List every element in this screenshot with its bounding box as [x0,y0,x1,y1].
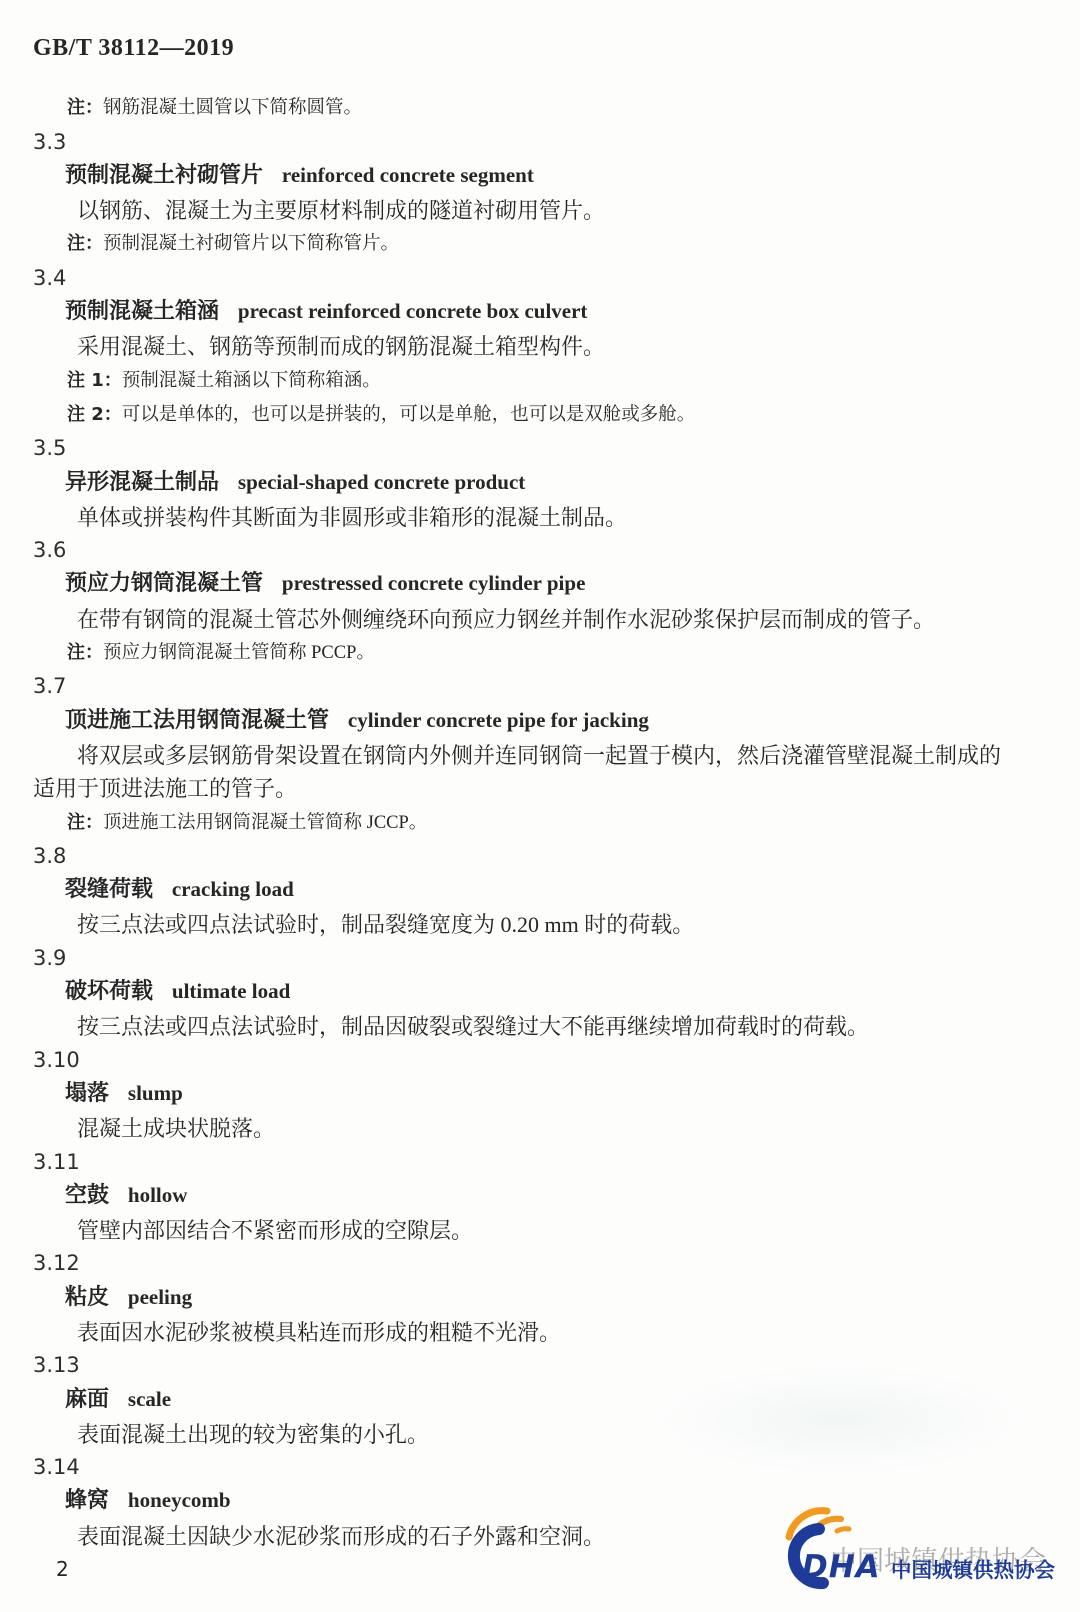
term-line: 裂缝荷载cracking load [33,873,1020,908]
term-line: 预制混凝土箱涵precast reinforced concrete box c… [33,295,1020,330]
section-3-5: 3.5 异形混凝土制品special-shaped concrete produ… [33,432,1020,534]
term-english: scale [128,1387,171,1411]
term-line: 预制混凝土衬砌管片reinforced concrete segment [33,159,1020,194]
section-3-3: 3.3 预制混凝土衬砌管片reinforced concrete segment… [33,126,1020,262]
term-chinese: 预应力钢筒混凝土管 [65,571,263,596]
term-chinese: 异形混凝土制品 [65,470,219,495]
note-text: 钢筋混凝土圆管以下简称圆管。 [103,98,362,118]
definition: 将双层或多层钢筋骨架设置在钢筒内外侧并连同钢筒一起置于模内，然后浇灌管壁混凝土制… [33,739,1020,806]
term-line: 塌落slump [33,1077,1020,1112]
term-english: peeling [128,1285,192,1309]
note-text: 可以是单体的，也可以是拼装的，可以是单舱，也可以是双舱或多舱。 [122,405,696,425]
section-number: 3.6 [33,534,1020,567]
term-line: 预应力钢筒混凝土管prestressed concrete cylinder p… [33,567,1020,602]
note: 注：预制混凝土衬砌管片以下简称管片。 [33,227,1020,261]
section-number: 3.10 [33,1044,1020,1077]
definition: 表面混凝土出现的较为密集的小孔。 [33,1418,1020,1451]
note: 注：预应力钢筒混凝土管简称 PCCP。 [33,636,1020,670]
section-3-10: 3.10 塌落slump 混凝土成块状脱落。 [33,1044,1020,1146]
term-chinese: 粘皮 [65,1285,109,1310]
logo-abbr-text: DHA [802,1549,881,1585]
note-text: 预制混凝土箱涵以下简称箱涵。 [122,371,381,391]
document-page: GB/T 38112—2019 注：钢筋混凝土圆管以下简称圆管。 3.3 预制混… [0,0,1080,1612]
definition: 按三点法或四点法试验时，制品裂缝宽度为 0.20 mm 时的荷载。 [33,908,1020,941]
definition: 表面因水泥砂浆被模具粘连而形成的粗糙不光滑。 [33,1316,1020,1349]
term-line: 破坏荷载ultimate load [33,975,1020,1010]
section-3-7: 3.7 顶进施工法用钢筒混凝土管cylinder concrete pipe f… [33,670,1020,839]
term-chinese: 塌落 [65,1081,109,1106]
section-3-8: 3.8 裂缝荷载cracking load 按三点法或四点法试验时，制品裂缝宽度… [33,840,1020,942]
term-line: 麻面scale [33,1383,1020,1418]
note-label: 注： [67,642,103,663]
note-label: 注： [67,97,103,118]
section-number: 3.11 [33,1146,1020,1179]
note-label: 注： [67,233,103,254]
definition: 按三点法或四点法试验时，制品因破裂或裂缝过大不能再继续增加荷载时的荷载。 [33,1010,1020,1043]
section-number: 3.12 [33,1247,1020,1280]
note-label: 注 2： [67,404,122,425]
definition: 采用混凝土、钢筋等预制而成的钢筋混凝土箱型构件。 [33,330,1020,363]
term-english: precast reinforced concrete box culvert [238,299,588,323]
definition: 混凝土成块状脱落。 [33,1112,1020,1145]
section-3-13: 3.13 麻面scale 表面混凝土出现的较为密集的小孔。 [33,1349,1020,1451]
definition: 单体或拼装构件其断面为非圆形或非箱形的混凝土制品。 [33,501,1020,534]
section-number: 3.3 [33,126,1020,159]
term-line: 异形混凝土制品special-shaped concrete product [33,466,1020,501]
term-chinese: 蜂窝 [65,1488,109,1513]
term-chinese: 麻面 [65,1387,109,1412]
term-english: slump [128,1081,183,1105]
association-logo: 中国城镇供热协会 DHA 中国城镇供热协会 [745,1495,1075,1607]
section-3-12: 3.12 粘皮peeling 表面因水泥砂浆被模具粘连而形成的粗糙不光滑。 [33,1247,1020,1349]
term-english: cylinder concrete pipe for jacking [348,708,649,732]
term-chinese: 预制混凝土箱涵 [65,299,219,324]
note: 注：顶进施工法用钢筒混凝土管简称 JCCP。 [33,806,1020,840]
note: 注 2：可以是单体的，也可以是拼装的，可以是单舱，也可以是双舱或多舱。 [33,398,1020,432]
note-text: 预应力钢筒混凝土管简称 PCCP。 [103,643,375,663]
note-label: 注： [67,812,103,833]
section-3-11: 3.11 空鼓hollow 管壁内部因结合不紧密而形成的空隙层。 [33,1146,1020,1248]
carryover-note: 注：钢筋混凝土圆管以下简称圆管。 [33,91,1020,125]
section-3-4: 3.4 预制混凝土箱涵precast reinforced concrete b… [33,262,1020,432]
section-number: 3.13 [33,1349,1020,1382]
definition: 管壁内部因结合不紧密而形成的空隙层。 [33,1214,1020,1247]
section-3-6: 3.6 预应力钢筒混凝土管prestressed concrete cylind… [33,534,1020,670]
term-line: 顶进施工法用钢筒混凝土管cylinder concrete pipe for j… [33,704,1020,739]
note-label: 注 1： [67,370,122,391]
section-number: 3.5 [33,432,1020,465]
section-3-9: 3.9 破坏荷载ultimate load 按三点法或四点法试验时，制品因破裂或… [33,942,1020,1044]
term-english: hollow [128,1183,188,1207]
section-number: 3.8 [33,840,1020,873]
section-number: 3.9 [33,942,1020,975]
term-chinese: 裂缝荷载 [65,877,153,902]
standard-code-header: GB/T 38112—2019 [33,32,1020,65]
section-number: 3.14 [33,1451,1020,1484]
term-english: reinforced concrete segment [282,163,534,187]
term-english: prestressed concrete cylinder pipe [282,571,586,595]
section-number: 3.4 [33,262,1020,295]
note-text: 顶进施工法用钢筒混凝土管简称 JCCP。 [103,813,427,833]
definition: 以钢筋、混凝土为主要原材料制成的隧道衬砌用管片。 [33,194,1020,227]
term-english: honeycomb [128,1488,231,1512]
note: 注 1：预制混凝土箱涵以下简称箱涵。 [33,364,1020,398]
term-chinese: 顶进施工法用钢筒混凝土管 [65,708,329,733]
term-english: cracking load [172,877,294,901]
term-english: ultimate load [172,979,290,1003]
term-line: 粘皮peeling [33,1281,1020,1316]
term-line: 空鼓hollow [33,1179,1020,1214]
note-text: 预制混凝土衬砌管片以下简称管片。 [103,234,399,254]
term-chinese: 空鼓 [65,1183,109,1208]
section-number: 3.7 [33,670,1020,703]
definition: 在带有钢筒的混凝土管芯外侧缠绕环向预应力钢丝并制作水泥砂浆保护层而制成的管子。 [33,603,1020,636]
logo-association-name: 中国城镇供热协会 [891,1553,1055,1583]
term-chinese: 预制混凝土衬砌管片 [65,163,263,188]
term-chinese: 破坏荷载 [65,979,153,1004]
term-english: special-shaped concrete product [238,470,525,494]
